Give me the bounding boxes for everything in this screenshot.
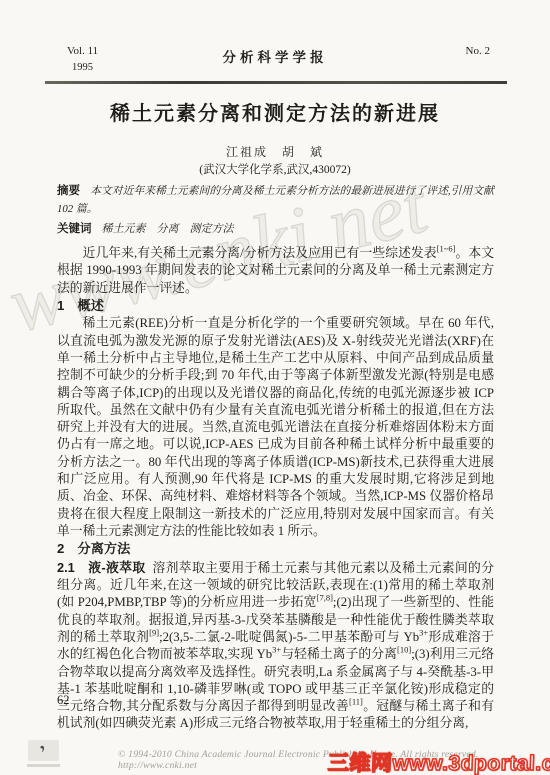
section-1-heading: 1 概述 (57, 297, 494, 316)
journal-scan-page: www.cnki.net Vol. 11 1995 分析科学学报 No. 2 稀… (0, 0, 550, 775)
abstract-block: 摘要本文对近年来稀土元素间的分离及稀土元素分析方法的最新进展进行了评述,引用文献… (57, 183, 494, 218)
keywords-label: 关键词 (57, 223, 92, 235)
abstract-text: 本文对近年来稀土元素间的分离及稀土元素分析方法的最新进展进行了评述,引用文献 1… (57, 185, 494, 215)
article-body: 近几年来,有关稀土元素分离/分析方法及应用已有一些综述发表[1~6]。本文根据 … (57, 245, 494, 733)
article-title: 稀土元素分离和测定方法的新进展 (0, 97, 550, 126)
section-2-1-paragraph: 2.1 液-液萃取溶剂萃取主要用于稀土元素与其他元素以及稀土元素间的分组分离。近… (57, 559, 494, 733)
keywords-block: 关键词稀土元素 分离 测定方法 (57, 220, 494, 236)
intro-paragraph: 近几年来,有关稀土元素分离/分析方法及应用已有一些综述发表[1~6]。本文根据 … (57, 245, 494, 297)
publisher-logo-caption (27, 764, 60, 767)
abstract-label: 摘要 (57, 185, 80, 197)
section-1-paragraph: 稀土元素(REE)分析一直是分析化学的一个重要研究领域。早在 60 年代,以直流… (57, 315, 494, 540)
swirl-glyph-icon: , (33, 740, 48, 755)
section-2-1-subheading: 2.1 液-液萃取 (57, 560, 146, 575)
section-2-1-text: 溶剂萃取主要用于稀土元素与其他元素以及稀土元素间的分组分离。近几年来,在这一领域… (57, 561, 494, 731)
authors: 江祖成 胡 斌 (0, 143, 550, 160)
publisher-logo-icon: , (28, 740, 59, 761)
issue-label: No. 2 (466, 45, 490, 57)
header-rule (45, 81, 507, 84)
3dportal-red-watermark: 三维网www.3dportal.cn (327, 747, 550, 775)
page-number: 62 (57, 693, 70, 708)
section-2-heading: 2 分离方法 (57, 540, 494, 559)
affiliation: (武汉大学化学系,武汉,430072) (0, 161, 550, 177)
keywords-text: 稀土元素 分离 测定方法 (102, 223, 234, 235)
